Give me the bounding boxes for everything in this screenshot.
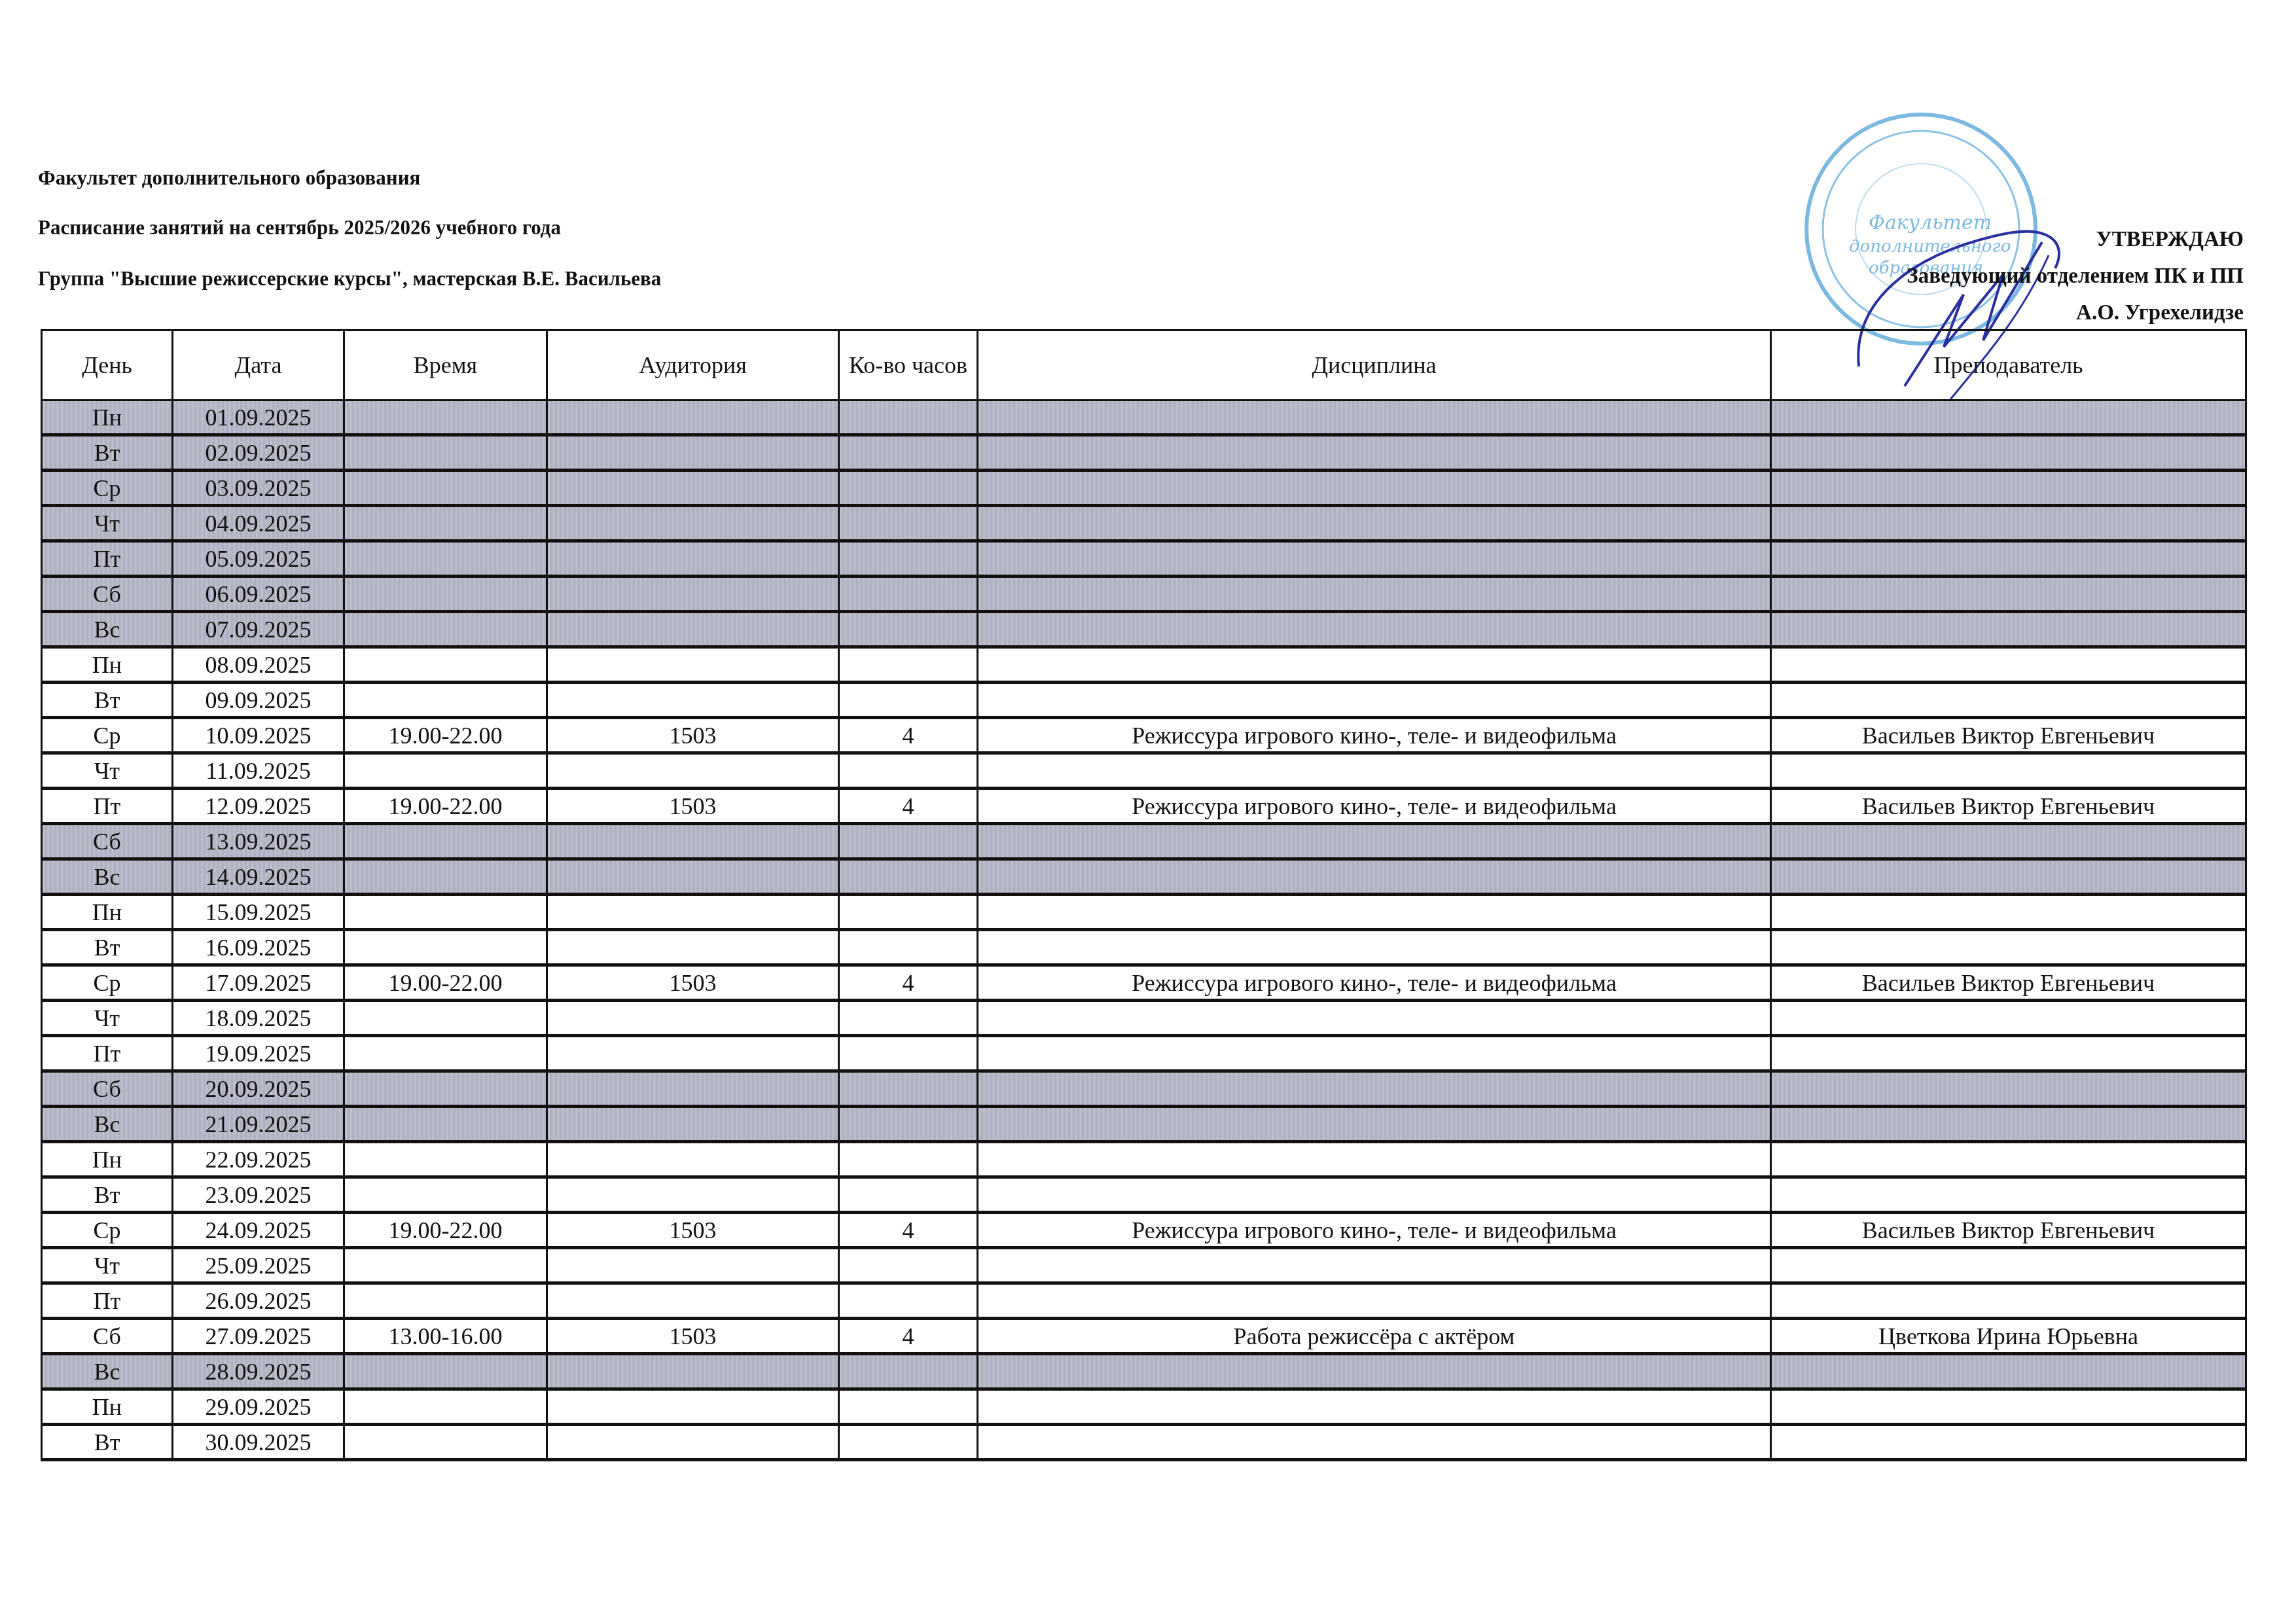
cell-time [344, 1107, 547, 1142]
cell-room [547, 930, 839, 965]
cell-day: Ср [42, 965, 173, 1001]
col-header-date: Дата [173, 330, 344, 401]
cell-date: 17.09.2025 [173, 965, 344, 1001]
cell-hours [839, 895, 978, 930]
cell-teacher [1771, 647, 2246, 683]
cell-discipline [978, 1248, 1771, 1283]
cell-date: 07.09.2025 [173, 612, 344, 647]
cell-day: Сб [42, 1071, 173, 1107]
cell-day: Пт [42, 541, 173, 577]
cell-teacher: Цветкова Ирина Юрьевна [1771, 1319, 2246, 1354]
cell-day: Чт [42, 1248, 173, 1283]
cell-date: 11.09.2025 [173, 753, 344, 789]
cell-day: Пн [42, 647, 173, 683]
cell-teacher [1771, 612, 2246, 647]
cell-discipline [978, 506, 1771, 541]
schedule-table: День Дата Время Аудитория Ко-во часов Ди… [41, 329, 2247, 1461]
table-row: Вс14.09.2025 [42, 859, 2246, 895]
cell-date: 15.09.2025 [173, 895, 344, 930]
cell-hours [839, 1248, 978, 1283]
cell-room [547, 577, 839, 612]
col-header-hours: Ко-во часов [839, 330, 978, 401]
cell-day: Сб [42, 824, 173, 859]
cell-date: 08.09.2025 [173, 647, 344, 683]
cell-day: Сб [42, 1319, 173, 1354]
table-row: Вс21.09.2025 [42, 1107, 2246, 1142]
cell-discipline [978, 1071, 1771, 1107]
cell-teacher [1771, 541, 2246, 577]
cell-discipline [978, 401, 1771, 435]
cell-hours [839, 401, 978, 435]
cell-time [344, 1142, 547, 1177]
cell-date: 29.09.2025 [173, 1389, 344, 1425]
cell-discipline: Режиссура игрового кино-, теле- и видеоф… [978, 1213, 1771, 1248]
cell-hours [839, 1283, 978, 1319]
cell-hours: 4 [839, 1213, 978, 1248]
table-row: Пт19.09.2025 [42, 1036, 2246, 1071]
cell-discipline [978, 1283, 1771, 1319]
cell-discipline [978, 683, 1771, 718]
cell-hours [839, 1354, 978, 1389]
cell-teacher [1771, 1036, 2246, 1071]
cell-room [547, 753, 839, 789]
cell-room [547, 1283, 839, 1319]
cell-time [344, 1177, 547, 1213]
cell-room: 1503 [547, 718, 839, 753]
cell-hours [839, 1071, 978, 1107]
cell-discipline [978, 647, 1771, 683]
table-row: Вт16.09.2025 [42, 930, 2246, 965]
cell-date: 13.09.2025 [173, 824, 344, 859]
cell-room [547, 1107, 839, 1142]
cell-teacher [1771, 1107, 2246, 1142]
cell-time [344, 471, 547, 506]
cell-room [547, 647, 839, 683]
cell-room [547, 471, 839, 506]
col-header-day: День [42, 330, 173, 401]
cell-teacher [1771, 1071, 2246, 1107]
cell-discipline: Режиссура игрового кино-, теле- и видеоф… [978, 718, 1771, 753]
cell-room [547, 683, 839, 718]
cell-time [344, 647, 547, 683]
cell-date: 25.09.2025 [173, 1248, 344, 1283]
cell-hours: 4 [839, 718, 978, 753]
cell-room [547, 859, 839, 895]
cell-day: Пн [42, 1389, 173, 1425]
cell-date: 30.09.2025 [173, 1425, 344, 1460]
cell-date: 22.09.2025 [173, 1142, 344, 1177]
cell-time: 13.00-16.00 [344, 1319, 547, 1354]
cell-hours [839, 1177, 978, 1213]
cell-time [344, 1036, 547, 1071]
cell-discipline: Режиссура игрового кино-, теле- и видеоф… [978, 965, 1771, 1001]
table-row: Сб06.09.2025 [42, 577, 2246, 612]
cell-teacher [1771, 401, 2246, 435]
cell-day: Вт [42, 683, 173, 718]
cell-date: 02.09.2025 [173, 435, 344, 471]
table-row: Пн08.09.2025 [42, 647, 2246, 683]
table-row: Чт04.09.2025 [42, 506, 2246, 541]
approve-label: УТВЕРЖДАЮ [1907, 221, 2244, 258]
cell-room [547, 1248, 839, 1283]
cell-time [344, 753, 547, 789]
cell-day: Вс [42, 612, 173, 647]
cell-hours [839, 930, 978, 965]
cell-date: 10.09.2025 [173, 718, 344, 753]
cell-day: Вт [42, 1425, 173, 1460]
cell-hours [839, 647, 978, 683]
table-row: Вс28.09.2025 [42, 1354, 2246, 1389]
cell-teacher [1771, 435, 2246, 471]
cell-hours [839, 577, 978, 612]
cell-time: 19.00-22.00 [344, 1213, 547, 1248]
cell-day: Ср [42, 471, 173, 506]
cell-discipline [978, 1389, 1771, 1425]
table-row: Вс07.09.2025 [42, 612, 2246, 647]
cell-teacher: Васильев Виктор Евгеньевич [1771, 1213, 2246, 1248]
cell-teacher [1771, 824, 2246, 859]
cell-day: Вс [42, 859, 173, 895]
cell-date: 03.09.2025 [173, 471, 344, 506]
cell-day: Пт [42, 1036, 173, 1071]
cell-day: Вт [42, 435, 173, 471]
faculty-title: Факультет дополнительного образования [38, 166, 420, 190]
table-row: Вт09.09.2025 [42, 683, 2246, 718]
cell-day: Вс [42, 1354, 173, 1389]
cell-date: 20.09.2025 [173, 1071, 344, 1107]
cell-hours [839, 753, 978, 789]
cell-time [344, 612, 547, 647]
cell-time [344, 1354, 547, 1389]
cell-room [547, 401, 839, 435]
cell-day: Пн [42, 895, 173, 930]
cell-teacher [1771, 1001, 2246, 1036]
table-row: Ср10.09.202519.00-22.0015034Режиссура иг… [42, 718, 2246, 753]
table-row: Сб27.09.202513.00-16.0015034Работа режис… [42, 1319, 2246, 1354]
cell-hours [839, 541, 978, 577]
cell-discipline [978, 1107, 1771, 1142]
table-row: Пт26.09.2025 [42, 1283, 2246, 1319]
cell-time: 19.00-22.00 [344, 718, 547, 753]
cell-time [344, 1001, 547, 1036]
cell-discipline [978, 859, 1771, 895]
cell-teacher: Васильев Виктор Евгеньевич [1771, 965, 2246, 1001]
cell-teacher [1771, 1248, 2246, 1283]
cell-teacher [1771, 471, 2246, 506]
cell-date: 14.09.2025 [173, 859, 344, 895]
cell-hours: 4 [839, 1319, 978, 1354]
cell-day: Пн [42, 401, 173, 435]
cell-time [344, 1071, 547, 1107]
cell-discipline [978, 1142, 1771, 1177]
cell-teacher: Васильев Виктор Евгеньевич [1771, 718, 2246, 753]
cell-date: 21.09.2025 [173, 1107, 344, 1142]
cell-hours [839, 612, 978, 647]
cell-room [547, 1071, 839, 1107]
cell-hours: 4 [839, 965, 978, 1001]
cell-date: 27.09.2025 [173, 1319, 344, 1354]
cell-day: Чт [42, 1001, 173, 1036]
cell-discipline: Работа режиссёра с актёром [978, 1319, 1771, 1354]
cell-hours [839, 683, 978, 718]
cell-time: 19.00-22.00 [344, 965, 547, 1001]
col-header-teacher: Преподаватель [1771, 330, 2246, 401]
cell-teacher [1771, 1283, 2246, 1319]
table-row: Сб20.09.2025 [42, 1071, 2246, 1107]
cell-room [547, 1354, 839, 1389]
cell-room: 1503 [547, 1319, 839, 1354]
cell-discipline [978, 1354, 1771, 1389]
cell-date: 19.09.2025 [173, 1036, 344, 1071]
table-row: Вт30.09.2025 [42, 1425, 2246, 1460]
cell-hours [839, 859, 978, 895]
cell-date: 28.09.2025 [173, 1354, 344, 1389]
cell-teacher [1771, 859, 2246, 895]
cell-time [344, 1389, 547, 1425]
cell-room: 1503 [547, 1213, 839, 1248]
cell-time [344, 577, 547, 612]
cell-date: 06.09.2025 [173, 577, 344, 612]
cell-time [344, 930, 547, 965]
cell-room [547, 541, 839, 577]
table-row: Пн15.09.2025 [42, 895, 2246, 930]
approver-position: Заведующий отделением ПК и ПП [1907, 258, 2244, 294]
cell-discipline [978, 471, 1771, 506]
cell-room: 1503 [547, 965, 839, 1001]
cell-hours [839, 1425, 978, 1460]
table-header-row: День Дата Время Аудитория Ко-во часов Ди… [42, 330, 2246, 401]
cell-day: Вт [42, 1177, 173, 1213]
cell-room [547, 1036, 839, 1071]
cell-teacher: Васильев Виктор Евгеньевич [1771, 789, 2246, 824]
cell-time [344, 683, 547, 718]
cell-hours [839, 506, 978, 541]
cell-discipline [978, 577, 1771, 612]
cell-teacher [1771, 506, 2246, 541]
cell-day: Сб [42, 577, 173, 612]
cell-time [344, 541, 547, 577]
col-header-room: Аудитория [547, 330, 839, 401]
cell-teacher [1771, 1354, 2246, 1389]
table-row: Пн01.09.2025 [42, 401, 2246, 435]
cell-time [344, 506, 547, 541]
cell-discipline [978, 1001, 1771, 1036]
cell-day: Чт [42, 753, 173, 789]
cell-room [547, 506, 839, 541]
table-row: Чт11.09.2025 [42, 753, 2246, 789]
cell-teacher [1771, 930, 2246, 965]
table-row: Сб13.09.2025 [42, 824, 2246, 859]
cell-date: 26.09.2025 [173, 1283, 344, 1319]
signature-line [1940, 310, 2071, 331]
table-row: Пт05.09.2025 [42, 541, 2246, 577]
cell-discipline [978, 930, 1771, 965]
table-row: Чт18.09.2025 [42, 1001, 2246, 1036]
cell-hours [839, 824, 978, 859]
cell-date: 09.09.2025 [173, 683, 344, 718]
cell-hours [839, 1001, 978, 1036]
cell-teacher [1771, 1389, 2246, 1425]
table-row: Вт23.09.2025 [42, 1177, 2246, 1213]
table-row: Ср24.09.202519.00-22.0015034Режиссура иг… [42, 1213, 2246, 1248]
cell-day: Пн [42, 1142, 173, 1177]
table-row: Вт02.09.2025 [42, 435, 2246, 471]
cell-hours [839, 471, 978, 506]
cell-day: Пт [42, 789, 173, 824]
cell-room [547, 1389, 839, 1425]
cell-discipline [978, 1425, 1771, 1460]
cell-discipline [978, 895, 1771, 930]
table-row: Ср03.09.2025 [42, 471, 2246, 506]
cell-day: Ср [42, 1213, 173, 1248]
cell-date: 18.09.2025 [173, 1001, 344, 1036]
cell-teacher [1771, 577, 2246, 612]
cell-room [547, 612, 839, 647]
col-header-discipline: Дисциплина [978, 330, 1771, 401]
cell-teacher [1771, 683, 2246, 718]
cell-discipline [978, 612, 1771, 647]
cell-discipline [978, 1036, 1771, 1071]
cell-hours [839, 1142, 978, 1177]
cell-day: Вс [42, 1107, 173, 1142]
cell-discipline [978, 1177, 1771, 1213]
schedule-title: Расписание занятий на сентябрь 2025/2026… [38, 216, 561, 240]
table-row: Пт12.09.202519.00-22.0015034Режиссура иг… [42, 789, 2246, 824]
approver-name: А.О. Угрехелидзе [2076, 301, 2244, 325]
table-row: Ср17.09.202519.00-22.0015034Режиссура иг… [42, 965, 2246, 1001]
cell-room [547, 1142, 839, 1177]
cell-room [547, 1001, 839, 1036]
cell-discipline [978, 753, 1771, 789]
approval-block: УТВЕРЖДАЮ Заведующий отделением ПК и ПП … [1907, 221, 2244, 331]
group-title: Группа "Высшие режиссерские курсы", маст… [38, 267, 661, 291]
table-row: Пн29.09.2025 [42, 1389, 2246, 1425]
cell-teacher [1771, 895, 2246, 930]
table-row: Пн22.09.2025 [42, 1142, 2246, 1177]
cell-discipline [978, 541, 1771, 577]
cell-room [547, 1425, 839, 1460]
cell-time [344, 824, 547, 859]
cell-hours [839, 435, 978, 471]
cell-time: 19.00-22.00 [344, 789, 547, 824]
cell-date: 24.09.2025 [173, 1213, 344, 1248]
cell-date: 16.09.2025 [173, 930, 344, 965]
cell-time [344, 401, 547, 435]
cell-date: 12.09.2025 [173, 789, 344, 824]
cell-room: 1503 [547, 789, 839, 824]
table-row: Чт25.09.2025 [42, 1248, 2246, 1283]
cell-time [344, 859, 547, 895]
cell-teacher [1771, 753, 2246, 789]
cell-time [344, 1425, 547, 1460]
cell-teacher [1771, 1142, 2246, 1177]
cell-hours [839, 1036, 978, 1071]
cell-room [547, 435, 839, 471]
cell-day: Вт [42, 930, 173, 965]
cell-day: Ср [42, 718, 173, 753]
cell-discipline: Режиссура игрового кино-, теле- и видеоф… [978, 789, 1771, 824]
approver-name-line: А.О. Угрехелидзе [1907, 294, 2244, 331]
cell-day: Пт [42, 1283, 173, 1319]
cell-room [547, 824, 839, 859]
col-header-time: Время [344, 330, 547, 401]
cell-hours: 4 [839, 789, 978, 824]
cell-discipline [978, 435, 1771, 471]
cell-date: 01.09.2025 [173, 401, 344, 435]
cell-time [344, 895, 547, 930]
cell-date: 04.09.2025 [173, 506, 344, 541]
cell-time [344, 435, 547, 471]
cell-teacher [1771, 1425, 2246, 1460]
cell-time [344, 1283, 547, 1319]
cell-room [547, 895, 839, 930]
cell-day: Чт [42, 506, 173, 541]
cell-hours [839, 1389, 978, 1425]
cell-teacher [1771, 1177, 2246, 1213]
cell-date: 05.09.2025 [173, 541, 344, 577]
cell-date: 23.09.2025 [173, 1177, 344, 1213]
cell-hours [839, 1107, 978, 1142]
cell-room [547, 1177, 839, 1213]
cell-discipline [978, 824, 1771, 859]
cell-time [344, 1248, 547, 1283]
